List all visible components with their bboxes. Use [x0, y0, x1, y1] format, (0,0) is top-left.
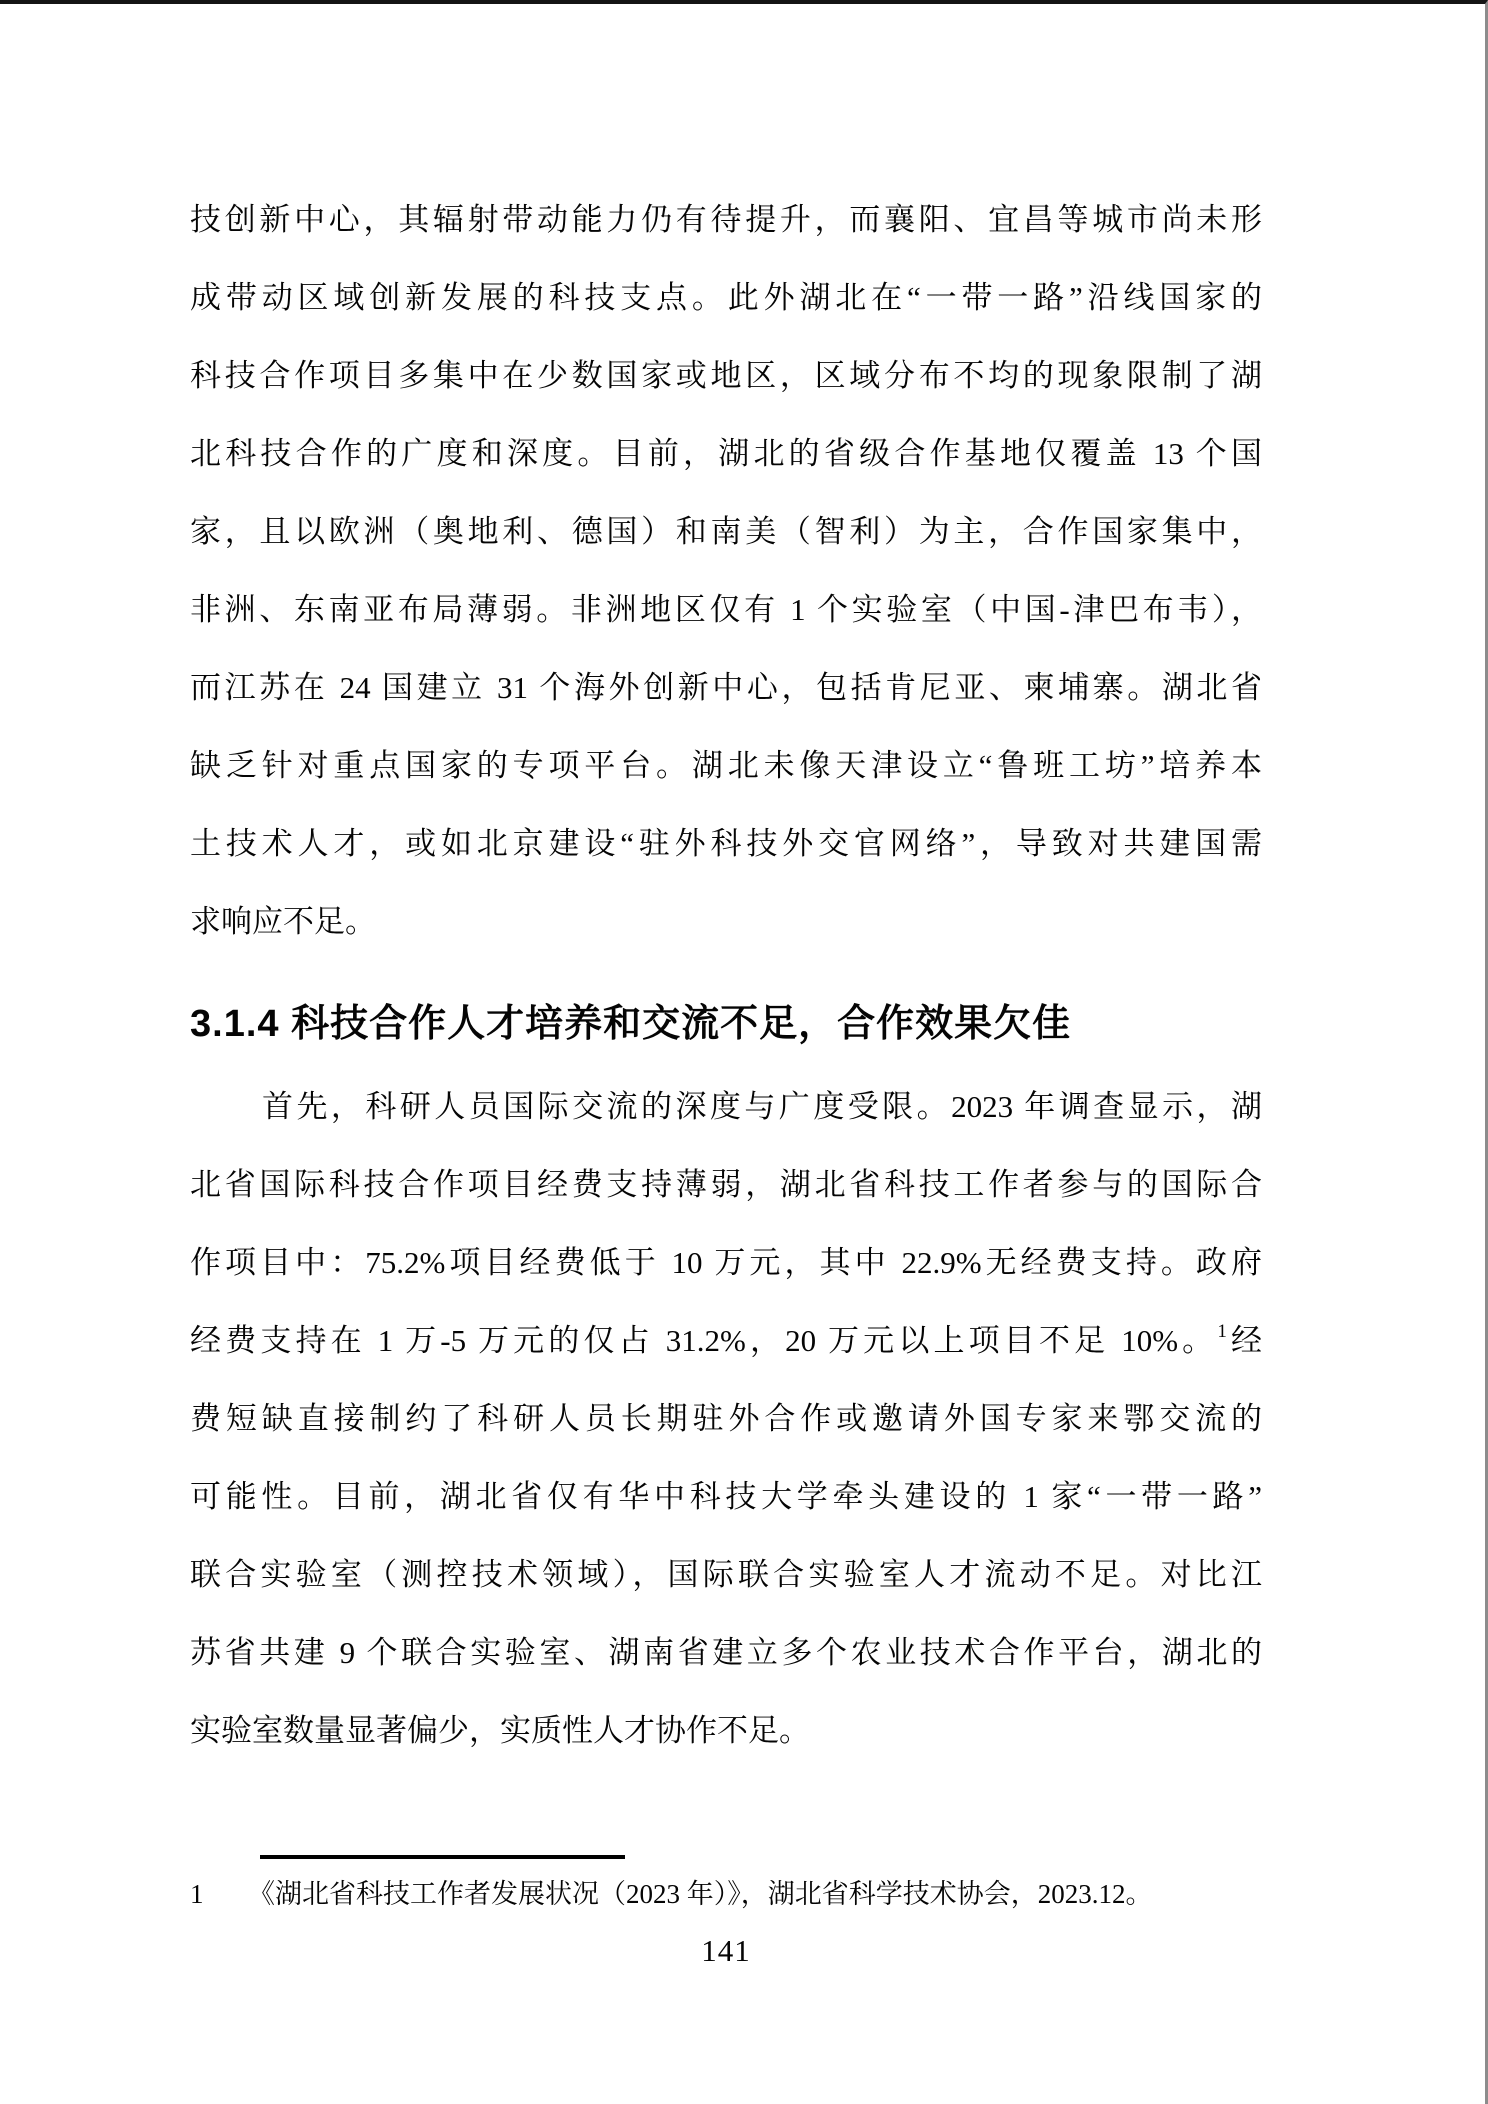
body-line: 土技术人才，或如北京建设“驻外科技外交官网络”，导致对共建国需	[190, 805, 1262, 883]
body-line: 求响应不足。	[190, 883, 1262, 961]
body-line: 可能性。目前，湖北省仅有华中科技大学牵头建设的 1 家“一带一路”	[190, 1458, 1262, 1536]
body-line: 北科技合作的广度和深度。目前，湖北的省级合作基地仅覆盖 13 个国	[190, 415, 1262, 493]
paragraph-1: 技创新中心，其辐射带动能力仍有待提升，而襄阳、宜昌等城市尚未形成带动区域创新发展…	[190, 181, 1262, 961]
body-line: 作项目中：75.2%项目经费低于 10 万元，其中 22.9%无经费支持。政府	[190, 1224, 1262, 1302]
body-line: 首先，科研人员国际交流的深度与广度受限。2023 年调查显示，湖	[190, 1068, 1262, 1146]
page-number: 141	[190, 1929, 1262, 1973]
body-line: 苏省共建 9 个联合实验室、湖南省建立多个农业技术合作平台，湖北的	[190, 1614, 1262, 1692]
text-column: 技创新中心，其辐射带动能力仍有待提升，而襄阳、宜昌等城市尚未形成带动区域创新发展…	[0, 181, 1485, 1973]
body-line: 实验室数量显著偏少，实质性人才协作不足。	[190, 1692, 1262, 1770]
body-line: 费短缺直接制约了科研人员长期驻外合作或邀请外国专家来鄂交流的	[190, 1380, 1262, 1458]
body-line: 技创新中心，其辐射带动能力仍有待提升，而襄阳、宜昌等城市尚未形	[190, 181, 1262, 259]
body-line: 北省国际科技合作项目经费支持薄弱，湖北省科技工作者参与的国际合	[190, 1146, 1262, 1224]
footnote-reference: 1	[1217, 1321, 1227, 1342]
body-line: 缺乏针对重点国家的专项平台。湖北未像天津设立“鲁班工坊”培养本	[190, 727, 1262, 805]
document-page: 技创新中心，其辐射带动能力仍有待提升，而襄阳、宜昌等城市尚未形成带动区域创新发展…	[0, 0, 1488, 2104]
body-line: 而江苏在 24 国建立 31 个海外创新中心，包括肯尼亚、柬埔寨。湖北省	[190, 649, 1262, 727]
footnote-marker: 1	[190, 1874, 248, 1914]
body-line: 非洲、东南亚布局薄弱。非洲地区仅有 1 个实验室（中国-津巴布韦），	[190, 571, 1262, 649]
footnote-separator	[260, 1855, 625, 1859]
body-line: 联合实验室（测控技术领域），国际联合实验室人才流动不足。对比江	[190, 1536, 1262, 1614]
body-line: 成带动区域创新发展的科技支点。此外湖北在“一带一路”沿线国家的	[190, 259, 1262, 337]
body-line: 经费支持在 1 万-5 万元的仅占 31.2%，20 万元以上项目不足 10%。…	[190, 1302, 1262, 1380]
footnote-text: 《湖北省科技工作者发展状况（2023 年）》，湖北省科学技术协会，2023.12…	[248, 1879, 1153, 1909]
paragraph-2: 首先，科研人员国际交流的深度与广度受限。2023 年调查显示，湖北省国际科技合作…	[190, 1068, 1262, 1770]
body-line: 家，且以欧洲（奥地利、德国）和南美（智利）为主，合作国家集中，	[190, 493, 1262, 571]
section-heading: 3.1.4 科技合作人才培养和交流不足，合作效果欠佳	[190, 996, 1262, 1052]
body-line: 科技合作项目多集中在少数国家或地区，区域分布不均的现象限制了湖	[190, 337, 1262, 415]
footnote: 1《湖北省科技工作者发展状况（2023 年）》，湖北省科学技术协会，2023.1…	[190, 1874, 1262, 1914]
